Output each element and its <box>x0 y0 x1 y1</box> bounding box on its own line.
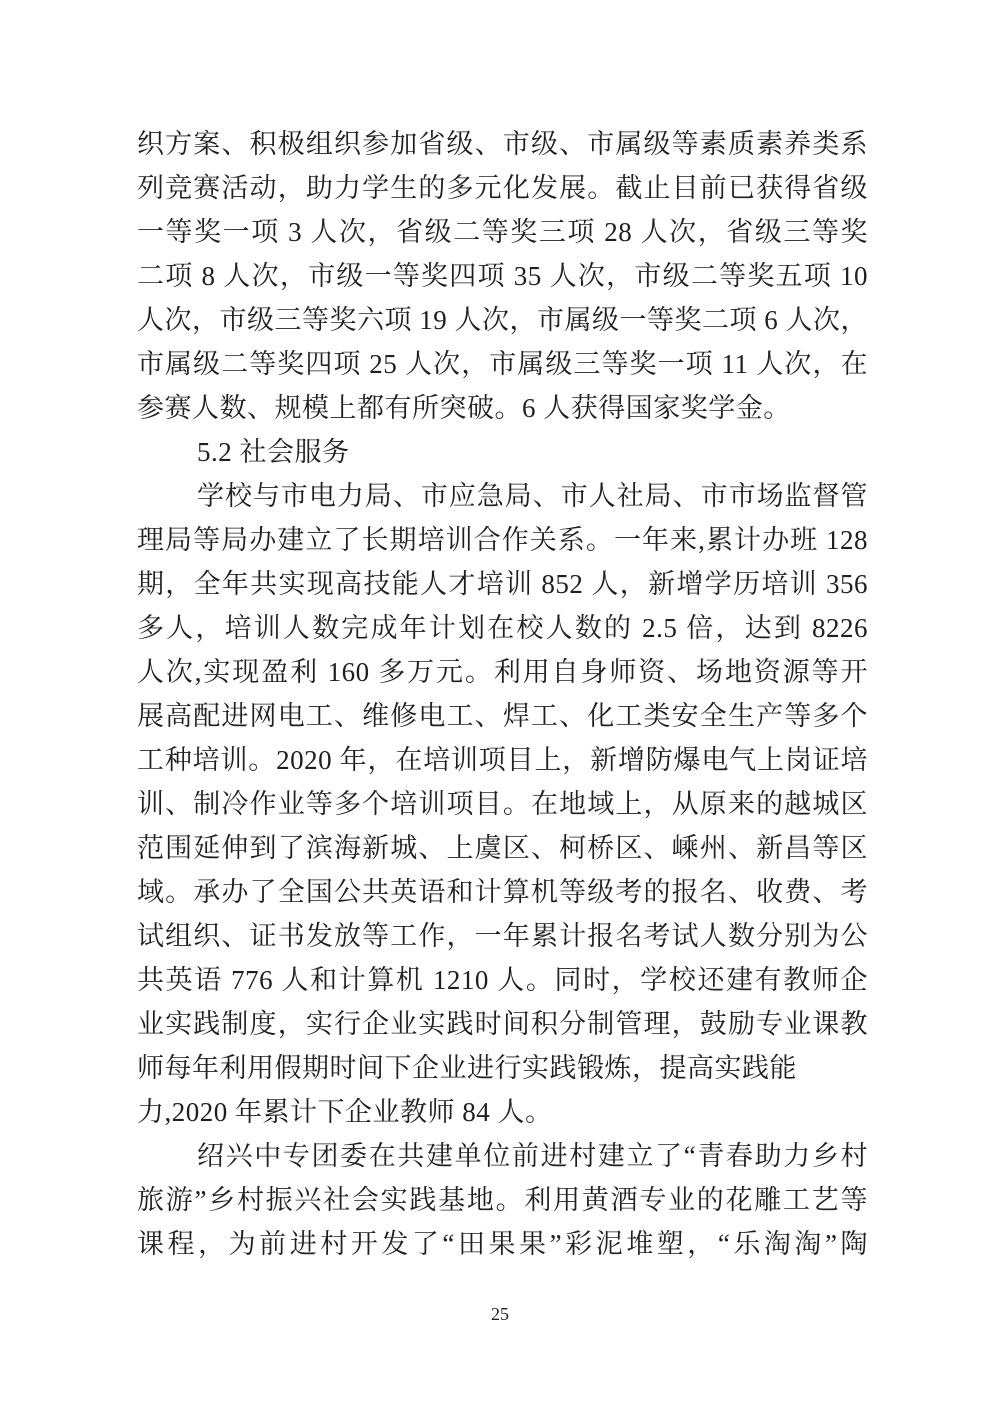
text-line: 列竞赛活动，助力学生的多元化发展。截止目前已获得省级 <box>137 166 868 210</box>
body-text: 织方案、积极组织参加省级、市级、市属级等素质素养类系列竞赛活动，助力学生的多元化… <box>137 122 868 1266</box>
text-line: 试组织、证书发放等工作，一年累计报名考试人数分别为公 <box>137 914 868 958</box>
text-line: 训、制冷作业等多个培训项目。在地域上，从原来的越城区 <box>137 782 868 826</box>
text-line: 人次，市级三等奖六项 19 人次，市属级一等奖二项 6 人次， <box>137 298 868 342</box>
text-line: 工种培训。2020 年，在培训项目上，新增防爆电气上岗证培 <box>137 738 868 782</box>
text-line: 二项 8 人次，市级一等奖四项 35 人次，市级二等奖五项 10 <box>137 254 868 298</box>
text-line: 课程，为前进村开发了“田果果”彩泥堆塑，“乐淘淘”陶 <box>137 1222 868 1266</box>
text-line: 理局等局办建立了长期培训合作关系。一年来,累计办班 128 <box>137 518 868 562</box>
text-line: 展高配进网电工、维修电工、焊工、化工类安全生产等多个 <box>137 694 868 738</box>
text-line: 域。承办了全国公共英语和计算机等级考的报名、收费、考 <box>137 870 868 914</box>
text-line: 期，全年共实现高技能人才培训 852 人，新增学历培训 356 <box>137 562 868 606</box>
page-number: 25 <box>0 1303 1000 1325</box>
text-line: 师每年利用假期时间下企业进行实践锻炼，提高实践能 <box>137 1046 868 1090</box>
text-line: 一等奖一项 3 人次，省级二等奖三项 28 人次，省级三等奖 <box>137 210 868 254</box>
text-line: 学校与市电力局、市应急局、市人社局、市市场监督管 <box>137 474 868 518</box>
text-line: 市属级二等奖四项 25 人次，市属级三等奖一项 11 人次，在 <box>137 342 868 386</box>
document-page: 织方案、积极组织参加省级、市级、市属级等素质素养类系列竞赛活动，助力学生的多元化… <box>0 0 1000 1415</box>
text-line: 织方案、积极组织参加省级、市级、市属级等素质素养类系 <box>137 122 868 166</box>
section-heading: 5.2 社会服务 <box>137 430 868 474</box>
text-line: 范围延伸到了滨海新城、上虞区、柯桥区、嵊州、新昌等区 <box>137 826 868 870</box>
text-line: 多人，培训人数完成年计划在校人数的 2.5 倍，达到 8226 <box>137 606 868 650</box>
text-line: 共英语 776 人和计算机 1210 人。同时，学校还建有教师企 <box>137 958 868 1002</box>
text-line: 参赛人数、规模上都有所突破。6 人获得国家奖学金。 <box>137 386 868 430</box>
text-line: 力,2020 年累计下企业教师 84 人。 <box>137 1090 868 1134</box>
text-line: 业实践制度，实行企业实践时间积分制管理，鼓励专业课教 <box>137 1002 868 1046</box>
text-line: 绍兴中专团委在共建单位前进村建立了“青春助力乡村 <box>137 1134 868 1178</box>
text-line: 人次,实现盈利 160 多万元。利用自身师资、场地资源等开 <box>137 650 868 694</box>
text-line: 旅游”乡村振兴社会实践基地。利用黄酒专业的花雕工艺等 <box>137 1178 868 1222</box>
